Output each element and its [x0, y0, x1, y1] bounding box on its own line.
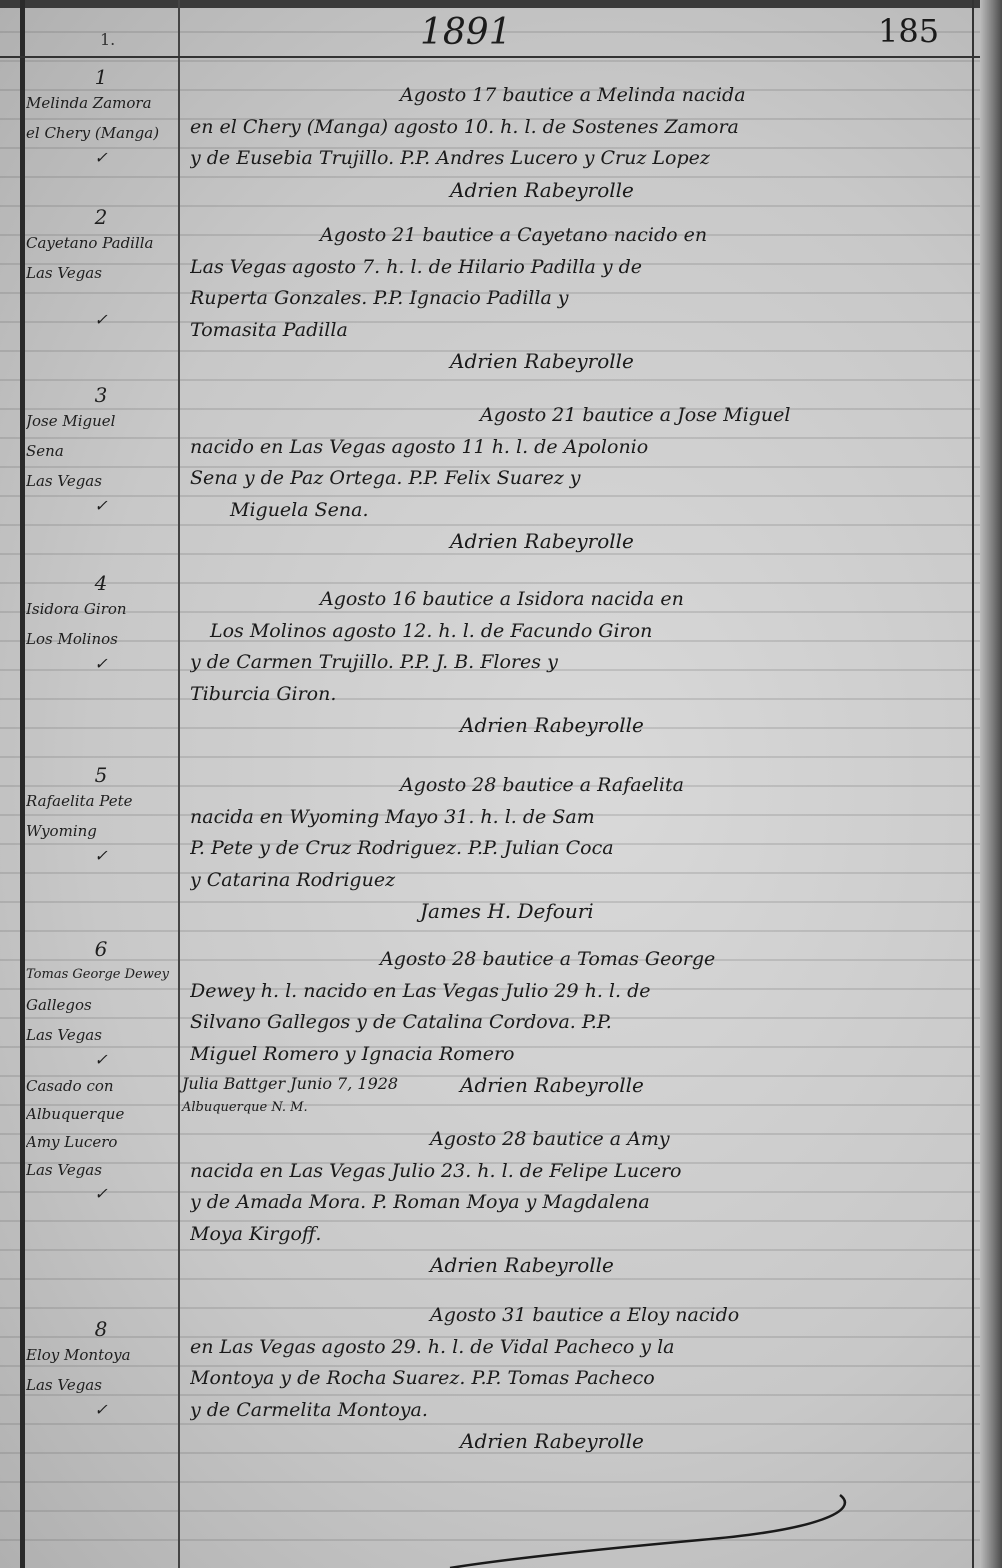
entry-line: en el Chery (Manga) agosto 10. h. l. de …	[190, 112, 962, 144]
entry-line: y de Carmen Trujillo. P.P. J. B. Flores …	[190, 647, 962, 679]
entry-line: y de Carmelita Montoya.	[190, 1395, 962, 1427]
checkmark-icon: ✓	[26, 1400, 176, 1420]
entry-number: 2	[26, 206, 176, 228]
entry-line: Agosto 28 bautice a Amy	[190, 1124, 962, 1156]
entry-line: Agosto 28 bautice a Rafaelita	[190, 770, 962, 802]
entry-number: 8	[26, 1318, 176, 1340]
entry-line: Dewey h. l. nacido en Las Vegas Julio 29…	[190, 976, 962, 1008]
column-mark: 1.	[100, 30, 115, 49]
right-rule	[972, 0, 974, 1568]
margin-name: Cayetano Padilla	[26, 228, 176, 258]
margin-name-2: Sena	[26, 436, 176, 466]
entry-line: Agosto 31 bautice a Eloy nacido	[190, 1300, 962, 1332]
entry-number: 6	[26, 938, 176, 960]
margin-name: Jose Miguel	[26, 406, 176, 436]
margin-name: Isidora Giron	[26, 594, 176, 624]
entry-line: Tiburcia Giron.	[190, 679, 962, 711]
checkmark-icon: ✓	[26, 1050, 176, 1070]
entry-line: Sena y de Paz Ortega. P.P. Felix Suarez …	[190, 463, 962, 495]
checkmark-icon: ✓	[26, 310, 176, 330]
entry-line: Tomasita Padilla	[190, 315, 962, 347]
later-annotation: Julia Battger Junio 7, 1928	[182, 1074, 398, 1093]
baptism-entry: Agosto 31 bautice a Eloy nacido en Las V…	[190, 1300, 962, 1458]
margin-name: Eloy Montoya	[26, 1340, 176, 1370]
register-page: 1. 1891 185 1 Melinda Zamora el Chery (M…	[0, 0, 1002, 1568]
margin-place: Wyoming	[26, 816, 176, 846]
entry-line: Montoya y de Rocha Suarez. P.P. Tomas Pa…	[190, 1363, 962, 1395]
entry-line: Miguel Romero y Ignacia Romero	[190, 1039, 962, 1071]
entry-line: Miguela Sena.	[190, 495, 962, 527]
top-edge	[0, 0, 1002, 8]
baptism-entry: Agosto 21 bautice a Cayetano nacido en L…	[190, 220, 962, 378]
entry-line: Silvano Gallegos y de Catalina Cordova. …	[190, 1007, 962, 1039]
entry-line: Ruperta Gonzales. P.P. Ignacio Padilla y	[190, 283, 962, 315]
margin-entry: 1 Melinda Zamora el Chery (Manga) ✓	[26, 66, 176, 168]
priest-signature: Adrien Rabeyrolle	[190, 710, 962, 742]
entry-line: Agosto 21 bautice a Cayetano nacido en	[190, 220, 962, 252]
margin-place: Las Vegas	[26, 466, 176, 496]
margin-place: Las Vegas	[26, 1370, 176, 1400]
margin-place: Las Vegas	[26, 258, 176, 288]
entry-line: en Las Vegas agosto 29. h. l. de Vidal P…	[190, 1332, 962, 1364]
margin-entry: Casado con Albuquerque Amy Lucero Las Ve…	[26, 1072, 176, 1204]
entry-line: y de Amada Mora. P. Roman Moya y Magdale…	[190, 1187, 962, 1219]
later-annotation-place: Albuquerque N. M.	[182, 1100, 308, 1115]
margin-rule-thick	[20, 0, 25, 1568]
page-number: 185	[878, 12, 939, 50]
year-header: 1891	[420, 12, 512, 53]
margin-entry: 8 Eloy Montoya Las Vegas ✓	[26, 1318, 176, 1420]
entry-number: 1	[26, 66, 176, 88]
column-rule	[178, 0, 180, 1568]
margin-name: Tomas George Dewey	[26, 960, 176, 990]
entry-line: nacida en Las Vegas Julio 23. h. l. de F…	[190, 1156, 962, 1188]
margin-name: Melinda Zamora	[26, 88, 176, 118]
margin-place: el Chery (Manga)	[26, 118, 176, 148]
margin-annotation-place: Albuquerque	[26, 1100, 176, 1128]
entry-number: 4	[26, 572, 176, 594]
margin-place: Las Vegas	[26, 1020, 176, 1050]
margin-surname: Gallegos	[26, 990, 176, 1020]
entry-line: P. Pete y de Cruz Rodriguez. P.P. Julian…	[190, 833, 962, 865]
margin-annotation: Casado con	[26, 1072, 176, 1100]
entry-line: Agosto 16 bautice a Isidora nacida en	[190, 584, 962, 616]
baptism-entry: Agosto 21 bautice a Jose Miguel nacido e…	[190, 400, 962, 558]
entry-line: nacido en Las Vegas agosto 11 h. l. de A…	[190, 432, 962, 464]
entry-line: nacida en Wyoming Mayo 31. h. l. de Sam	[190, 802, 962, 834]
priest-signature: Adrien Rabeyrolle	[190, 1250, 962, 1282]
entry-line: Agosto 17 bautice a Melinda nacida	[190, 80, 962, 112]
baptism-entry: Agosto 28 bautice a Amy nacida en Las Ve…	[190, 1124, 962, 1282]
checkmark-icon: ✓	[26, 148, 176, 168]
margin-name: Amy Lucero	[26, 1128, 176, 1156]
baptism-entry: Agosto 16 bautice a Isidora nacida en Lo…	[190, 584, 962, 742]
signature-flourish-icon	[440, 1490, 860, 1568]
margin-name: Rafaelita Pete	[26, 786, 176, 816]
baptism-entry: Agosto 28 bautice a Rafaelita nacida en …	[190, 770, 962, 928]
entry-number: 3	[26, 384, 176, 406]
margin-place: Los Molinos	[26, 624, 176, 654]
entry-line: Agosto 21 bautice a Jose Miguel	[190, 400, 962, 432]
margin-entry: 4 Isidora Giron Los Molinos ✓	[26, 572, 176, 674]
margin-entry: 5 Rafaelita Pete Wyoming ✓	[26, 764, 176, 866]
margin-place: Las Vegas	[26, 1156, 176, 1184]
checkmark-icon: ✓	[26, 1184, 176, 1204]
priest-signature: Adrien Rabeyrolle	[190, 1426, 962, 1458]
baptism-entry: Agosto 17 bautice a Melinda nacida en el…	[190, 80, 962, 206]
checkmark-icon: ✓	[26, 496, 176, 516]
priest-signature: Adrien Rabeyrolle	[190, 175, 962, 207]
priest-signature: Adrien Rabeyrolle	[190, 346, 962, 378]
entry-line: Las Vegas agosto 7. h. l. de Hilario Pad…	[190, 252, 962, 284]
checkmark-icon: ✓	[26, 654, 176, 674]
entry-line: y de Eusebia Trujillo. P.P. Andres Lucer…	[190, 143, 962, 175]
entry-line: Moya Kirgoff.	[190, 1219, 962, 1251]
checkmark-icon: ✓	[26, 846, 176, 866]
entry-line: Los Molinos agosto 12. h. l. de Facundo …	[190, 616, 962, 648]
margin-entry: 2 Cayetano Padilla Las Vegas ✓	[26, 206, 176, 330]
margin-entry: 3 Jose Miguel Sena Las Vegas ✓	[26, 384, 176, 516]
entry-number: 5	[26, 764, 176, 786]
entry-line: Agosto 28 bautice a Tomas George	[190, 944, 962, 976]
margin-entry: 6 Tomas George Dewey Gallegos Las Vegas …	[26, 938, 176, 1070]
header-rule	[0, 56, 980, 58]
priest-signature: Adrien Rabeyrolle	[190, 526, 962, 558]
entry-line: y Catarina Rodriguez	[190, 865, 962, 897]
book-binding-edge	[980, 0, 1002, 1568]
priest-signature: James H. Defouri	[190, 896, 962, 928]
